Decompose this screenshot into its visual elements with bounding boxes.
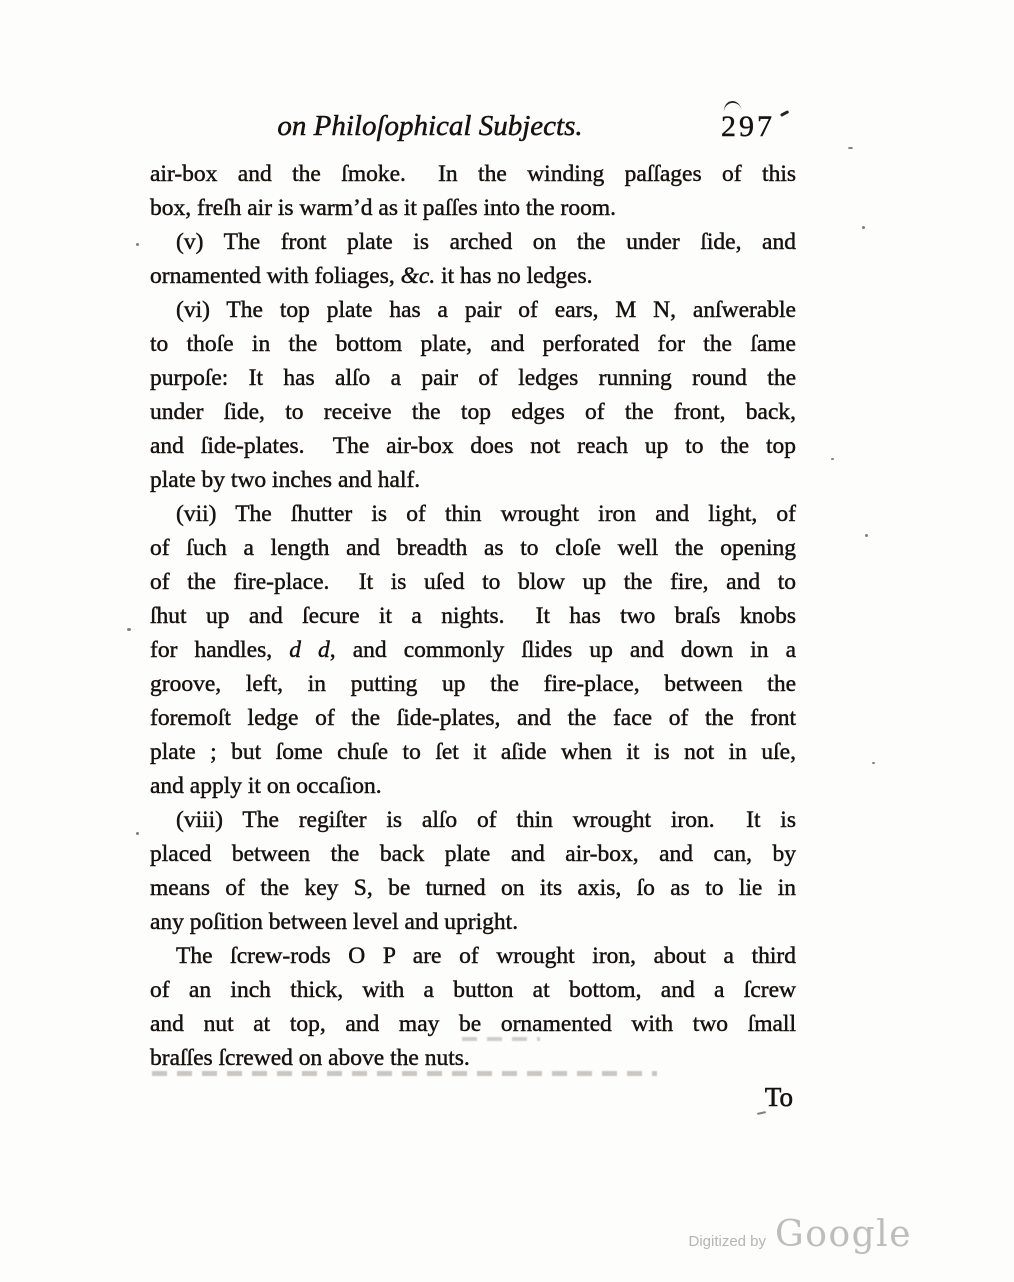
ink-mark — [780, 110, 789, 116]
bleedthrough-artifact — [152, 1071, 657, 1076]
text-line: under ſide, to receive the top edges of … — [150, 395, 796, 429]
text-line: ornamented with foliages, &c. it has no … — [150, 259, 796, 293]
ink-speck — [136, 832, 139, 835]
text-line: The ſcrew-rods O P are of wrought iron, … — [150, 939, 796, 973]
text-line: groove, left, in putting up the fire-pla… — [150, 667, 796, 701]
text-line: (vii) The ſhutter is of thin wrought iro… — [150, 497, 796, 531]
ink-speck — [865, 534, 868, 537]
text-line: and apply it on occaſion. — [150, 769, 796, 803]
text-line: ſhut up and ſecure it a nights. It has t… — [150, 599, 796, 633]
text-line: purpoſe: It has alſo a pair of ledges ru… — [150, 361, 796, 395]
italic-segment: d d — [289, 637, 330, 663]
text-line: of an inch thick, with a button at botto… — [150, 973, 796, 1007]
text-line: braſſes ſcrewed on above the nuts. — [150, 1041, 796, 1075]
ink-speck — [127, 628, 131, 631]
text-segment: for handles, — [150, 637, 289, 663]
text-line: of ſuch a length and breadth as to cloſe… — [150, 531, 796, 565]
page-number: 297 — [721, 108, 775, 146]
page-body: air-box and the ſmoke. In the winding pa… — [150, 157, 796, 1075]
text-line: of the fire-place. It is uſed to blow up… — [150, 565, 796, 599]
ink-speck — [831, 458, 834, 460]
catchword: To — [765, 1082, 793, 1113]
google-watermark: Digitized by Google — [688, 1214, 912, 1255]
ink-speck — [862, 226, 865, 229]
text-segment: ornamented with foliages, — [150, 263, 401, 289]
text-line: air-box and the ſmoke. In the winding pa… — [150, 157, 796, 191]
scanned-book-page: on Philoſophical Subjects. 297 air-box a… — [0, 0, 1014, 1282]
ink-speck — [848, 147, 853, 149]
page-number-text: 297 — [721, 110, 775, 143]
text-line: box, freſh air is warm’d as it paſſes in… — [150, 191, 796, 225]
text-line: plate ; but ſome chuſe to ſet it aſide w… — [150, 735, 796, 769]
page-header: on Philoſophical Subjects. 297 — [0, 0, 1014, 160]
ink-speck — [757, 1111, 766, 1115]
ink-speck — [872, 762, 875, 764]
running-title: on Philoſophical Subjects. — [150, 106, 710, 146]
text-line: (viii) The regiſter is alſo of thin wrou… — [150, 803, 796, 837]
digitized-by-label: Digitized by — [688, 1233, 766, 1250]
text-line: to thoſe in the bottom plate, and perfor… — [150, 327, 796, 361]
text-line: (v) The front plate is arched on the und… — [150, 225, 796, 259]
text-line: (vi) The top plate has a pair of ears, M… — [150, 293, 796, 327]
text-line: placed between the back plate and air-bo… — [150, 837, 796, 871]
text-line: any poſition between level and upright. — [150, 905, 796, 939]
text-segment: , and commonly ſlides up and down in a — [330, 637, 796, 663]
text-line: means of the key S, be turned on its axi… — [150, 871, 796, 905]
text-line: plate by two inches and half. — [150, 463, 796, 497]
google-logo: Google — [775, 1214, 912, 1255]
italic-segment: &c. — [401, 263, 436, 289]
bleedthrough-artifact — [462, 1037, 540, 1041]
text-line: and nut at top, and may be ornamented wi… — [150, 1007, 796, 1041]
ink-speck — [136, 243, 139, 246]
text-segment: it has no ledges. — [435, 263, 592, 289]
text-line: for handles, d d, and commonly ſlides up… — [150, 633, 796, 667]
text-line: and ſide-plates. The air-box does not re… — [150, 429, 796, 463]
text-line: foremoſt ledge of the ſide-plates, and t… — [150, 701, 796, 735]
